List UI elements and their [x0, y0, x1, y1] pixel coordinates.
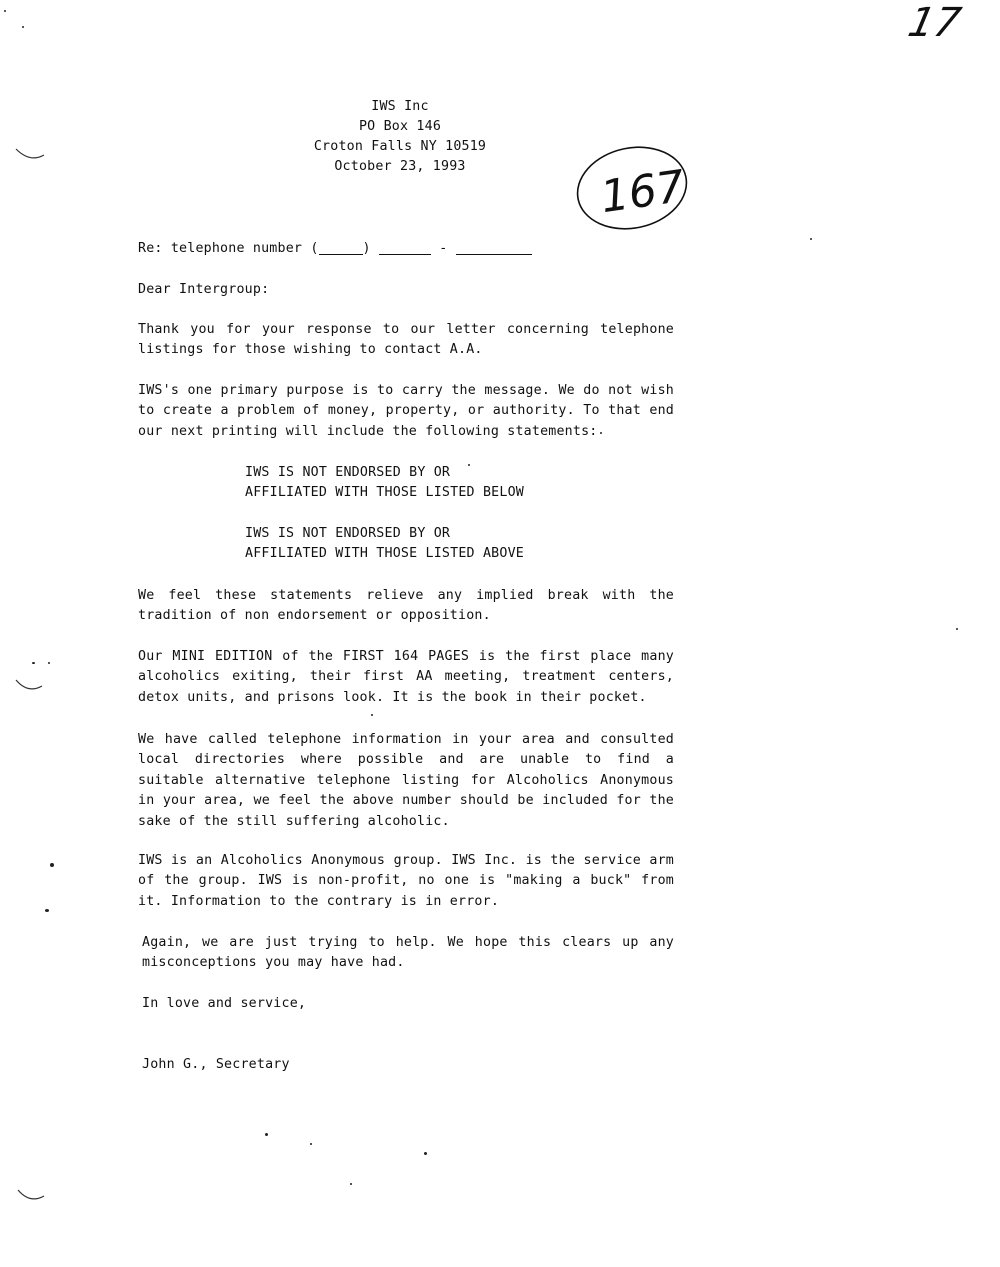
scan-speck: [50, 863, 54, 867]
salutation: Dear Intergroup:: [138, 280, 674, 300]
paragraph-line: in your area, we feel the above number s…: [138, 791, 674, 811]
punch-hole-mark-icon: [14, 676, 46, 696]
re-line: Re: telephone number () -: [138, 239, 674, 259]
statement-line: AFFILIATED WITH THOSE LISTED BELOW: [245, 483, 524, 503]
closing: In love and service,: [142, 994, 678, 1014]
re-dash: -: [439, 241, 447, 256]
letterhead-address-line2: Croton Falls NY 10519: [250, 137, 550, 157]
scan-speck: [810, 238, 812, 240]
paragraph-5: We have called telephone information in …: [138, 730, 674, 832]
paragraph-7: Again, we are just trying to help. We ho…: [142, 933, 674, 974]
scan-speck: [45, 909, 49, 912]
re-close-paren: ): [363, 241, 371, 256]
scan-speck: [22, 26, 24, 28]
paragraph-line: We feel these statements relieve any imp…: [138, 586, 674, 606]
paragraph-line: IWS's one primary purpose is to carry th…: [138, 381, 674, 401]
scan-speck: [48, 662, 50, 664]
scan-speck: [4, 10, 6, 12]
paragraph-line: detox units, and prisons look. It is the…: [138, 690, 647, 705]
signature: John G., Secretary: [142, 1055, 678, 1075]
paragraph-2: IWS's one primary purpose is to carry th…: [138, 381, 674, 442]
scan-speck: [424, 1152, 427, 1155]
paragraph-line: suitable alternative telephone listing f…: [138, 771, 674, 791]
paragraph-line: misconceptions you may have had.: [142, 955, 405, 970]
area-code-blank: [319, 240, 363, 255]
paragraph-line: Thank you for your response to our lette…: [138, 320, 674, 340]
re-open-paren: (: [310, 241, 318, 256]
handwritten-page-number: 17: [904, 0, 965, 46]
scan-speck: [350, 1183, 352, 1185]
statement-line: AFFILIATED WITH THOSE LISTED ABOVE: [245, 544, 524, 564]
letterhead-address-line1: PO Box 146: [250, 117, 550, 137]
paragraph-line: IWS is an Alcoholics Anonymous group. IW…: [138, 851, 674, 871]
paragraph-1: Thank you for your response to our lette…: [138, 320, 674, 361]
scan-speck: [600, 432, 602, 434]
scan-speck: [371, 714, 373, 716]
paragraph-line: tradition of non endorsement or oppositi…: [138, 608, 491, 623]
letterhead-date: October 23, 1993: [250, 157, 550, 177]
paragraph-3: We feel these statements relieve any imp…: [138, 586, 674, 627]
statement-line: IWS IS NOT ENDORSED BY OR: [245, 463, 524, 483]
paragraph-line: of the group. IWS is non-profit, no one …: [138, 871, 674, 891]
statement-2: IWS IS NOT ENDORSED BY OR AFFILIATED WIT…: [245, 524, 524, 565]
paragraph-4: Our MINI EDITION of the FIRST 164 PAGES …: [138, 647, 674, 708]
scan-speck: [265, 1133, 268, 1136]
punch-hole-mark-icon: [14, 145, 46, 165]
circled-stamp-number: 167: [574, 138, 692, 232]
svg-text:167: 167: [598, 161, 688, 223]
paragraph-line: Again, we are just trying to help. We ho…: [142, 933, 674, 953]
paragraph-line: listings for those wishing to contact A.…: [138, 342, 483, 357]
scanned-letter-page: 17 167 IWS Inc PO Box 146 Croton Falls N…: [0, 0, 1000, 1267]
paragraph-line: our next printing will include the follo…: [138, 424, 598, 439]
stamp-circle-icon: 167: [574, 138, 692, 232]
statement-1: IWS IS NOT ENDORSED BY OR AFFILIATED WIT…: [245, 463, 524, 504]
punch-hole-mark-icon: [16, 1186, 48, 1206]
paragraph-line: Our MINI EDITION of the FIRST 164 PAGES …: [138, 647, 674, 667]
re-line-prefix: Re: telephone number: [138, 241, 302, 256]
paragraph-6: IWS is an Alcoholics Anonymous group. IW…: [138, 851, 674, 912]
scan-speck: [32, 662, 35, 664]
paragraph-line: local directories where possible and are…: [138, 750, 674, 770]
paragraph-line: it. Information to the contrary is in er…: [138, 894, 499, 909]
scan-speck: [310, 1143, 312, 1145]
letterhead: IWS Inc PO Box 146 Croton Falls NY 10519…: [250, 97, 550, 177]
exchange-blank: [379, 240, 431, 255]
paragraph-line: alcoholics exiting, their first AA meeti…: [138, 667, 674, 687]
paragraph-line: to create a problem of money, property, …: [138, 401, 674, 421]
paragraph-line: sake of the still suffering alcoholic.: [138, 814, 450, 829]
paragraph-line: We have called telephone information in …: [138, 730, 674, 750]
statement-line: IWS IS NOT ENDORSED BY OR: [245, 524, 524, 544]
letterhead-org: IWS Inc: [250, 97, 550, 117]
scan-speck: [956, 628, 958, 630]
line-number-blank: [456, 240, 532, 255]
scan-speck: [468, 464, 470, 466]
